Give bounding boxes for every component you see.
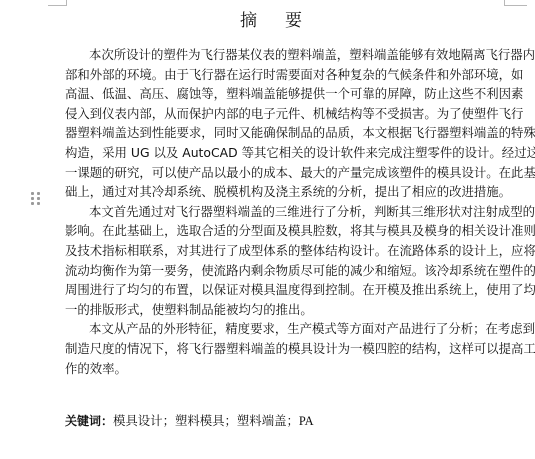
text-line: 本次所设计的塑件为飞行器某仪表的塑料端盖，塑料端盖能够有效地隔离飞行器内	[65, 45, 507, 65]
text-line: 部和外部的环境。由于飞行器在运行时需要面对各种复杂的气候条件和外部环境，如	[65, 65, 507, 85]
text-line: 一课题的研究，可以使产品以最小的成本、最大的产量完成该塑件的模具设计。在此基	[65, 163, 507, 183]
text-line: 制造尺度的情况下，将飞行器塑料端盖的模具设计为一模四腔的结构，这样可以提高工	[65, 339, 507, 359]
paragraph-1: 本次所设计的塑件为飞行器某仪表的塑料端盖，塑料端盖能够有效地隔离飞行器内 部和外…	[65, 45, 507, 202]
paragraph-2: 本文首先通过对飞行器塑料端盖的三维进行了分析，判断其三维形状对注射成型的 影响。…	[65, 202, 507, 320]
drag-handle-icon[interactable]	[31, 192, 41, 204]
keywords-value: 模具设计；塑料模具；塑料端盖；PA	[113, 414, 314, 428]
text-line: 侵入到仪表内部，从而保护内部的电子元件、机械结构等不受损害。为了使塑件飞行	[65, 104, 507, 124]
text-line: 流动均衡作为第一要务，使流路内剩余物质尽可能的减少和缩短。该冷却系统在塑件的	[65, 261, 507, 281]
paragraph-3: 本文从产品的外形特征，精度要求，生产模式等方面对产品进行了分析；在考虑到 制造尺…	[65, 319, 507, 378]
text-line: 本文从产品的外形特征，精度要求，生产模式等方面对产品进行了分析；在考虑到	[65, 319, 507, 339]
text-line: 及技术指标相联系，对其进行了成型体系的整体结构设计。在流路体系的设计上，应将	[65, 241, 507, 261]
text-line: 影响。在此基础上，选取合适的分型面及模具腔数，将其与模具及模身的相关设计准则	[65, 221, 507, 241]
text-line: 周围进行了均匀的布置，以保证对模具温度得到控制。在开模及推出系统上，使用了均	[65, 280, 507, 300]
keywords-label: 关键词：	[65, 414, 113, 428]
text-line: 作的效率。	[65, 359, 507, 379]
keywords-line: 关键词：模具设计；塑料模具；塑料端盖；PA	[65, 411, 314, 429]
text-line: 础上，通过对其冷却系统、脱模机构及浇主系统的分析，提出了相应的改进措施。	[65, 182, 507, 202]
text-line: 本文首先通过对飞行器塑料端盖的三维进行了分析，判断其三维形状对注射成型的	[65, 202, 507, 222]
text-line: 一的排版形式，使塑料制品能被均匀的推出。	[65, 300, 507, 320]
text-line: 构造，采用 UG 以及 AutoCAD 等其它相关的设计软件来完成注塑零件的设计…	[65, 143, 507, 163]
page-title: 摘要	[0, 6, 535, 31]
abstract-body: 本次所设计的塑件为飞行器某仪表的塑料端盖，塑料端盖能够有效地隔离飞行器内 部和外…	[65, 45, 507, 378]
text-line: 高温、低温、高压、腐蚀等，塑料端盖能够提供一个可靠的屏障，防止这些不利因素	[65, 84, 507, 104]
text-line: 器塑料端盖达到性能要求，同时又能确保制品的品质，本文根据飞行器塑料端盖的特殊	[65, 123, 507, 143]
